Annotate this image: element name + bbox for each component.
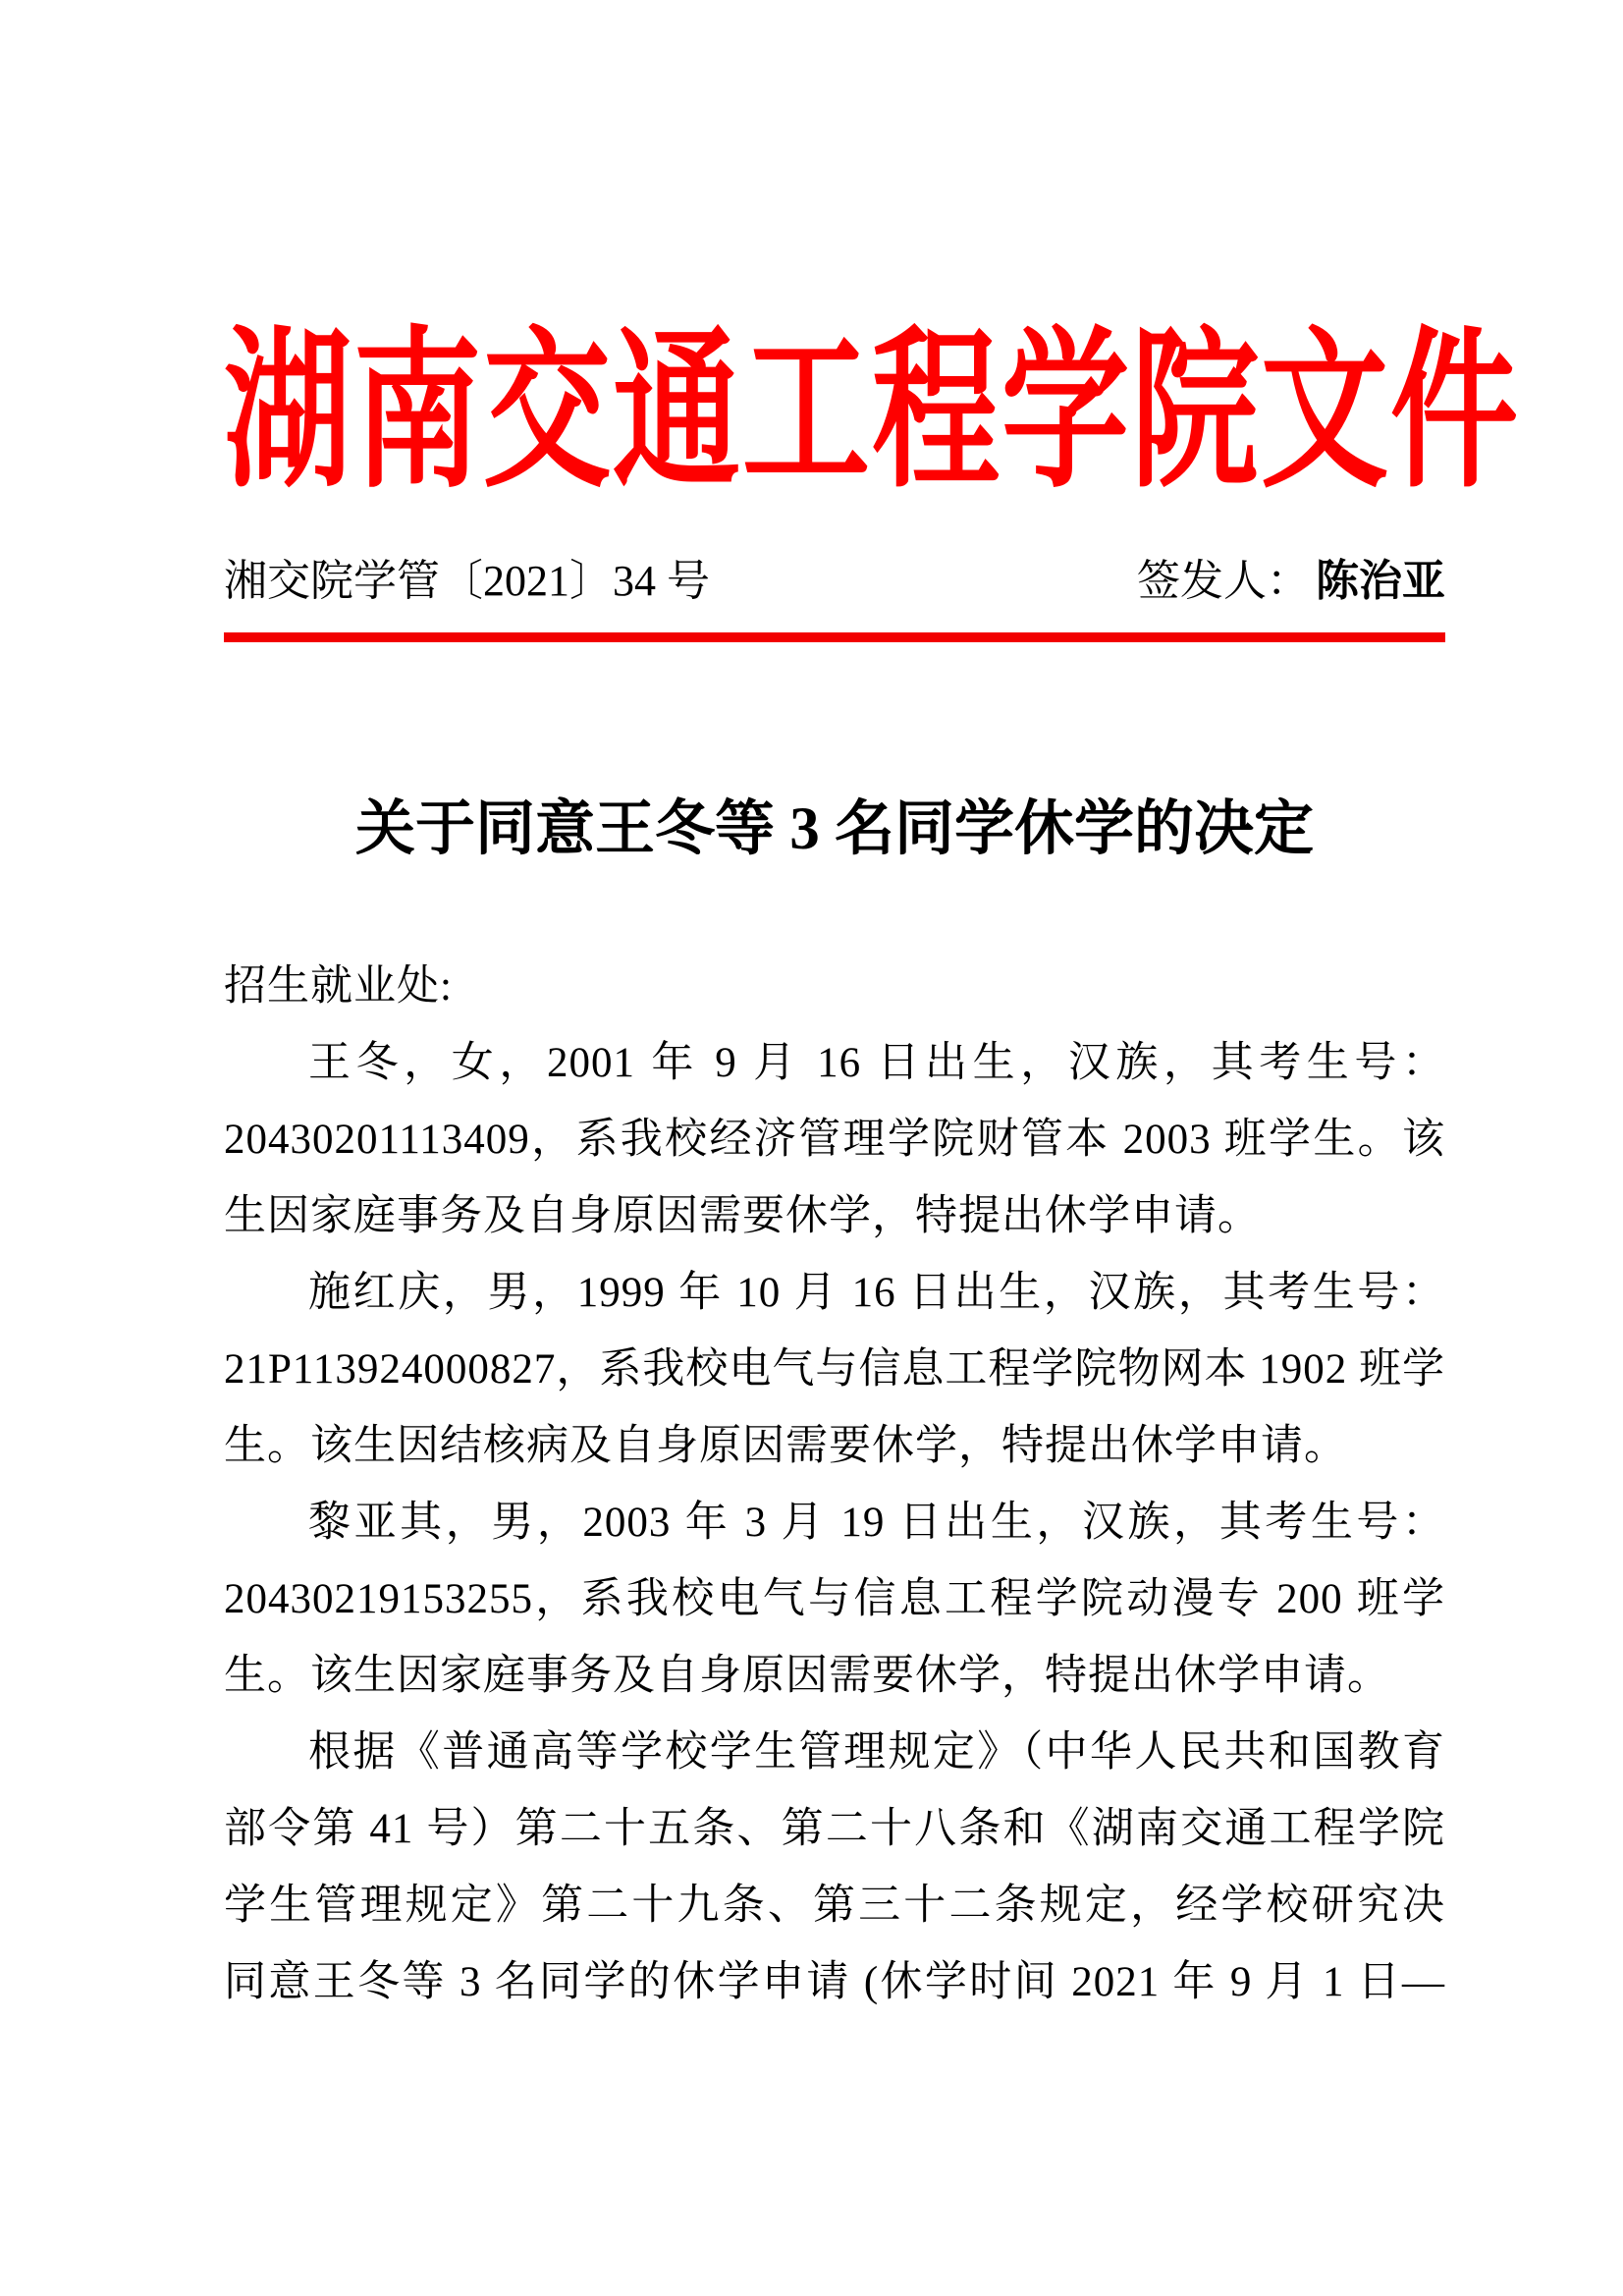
official-document-page: 湖南交通工程学院文件 湘交院学管〔2021〕34 号 签发人：陈治亚 关于同意王…: [0, 0, 1623, 2296]
body-line: 20430201113409，系我校经济管理学院财管本 2003 班学生。该: [224, 1102, 1445, 1178]
body-line: 施红庆，男，1999 年 10 月 16 日出生，汉族，其考生号：: [224, 1255, 1445, 1332]
body-line: 部令第 41 号）第二十五条、第二十八条和《湖南交通工程学院: [224, 1791, 1445, 1868]
decision-title: 关于同意王冬等 3 名同学休学的决定: [224, 788, 1445, 872]
doc-number: 湘交院学管〔2021〕34 号: [224, 556, 710, 607]
body-line: 王冬，女，2001 年 9 月 16 日出生，汉族，其考生号：: [224, 1025, 1445, 1102]
doc-meta-row: 湘交院学管〔2021〕34 号 签发人：陈治亚: [224, 556, 1445, 607]
letterhead-org-title: 湖南交通工程学院文件: [224, 326, 1445, 501]
body-line: 根据《普通高等学校学生管理规定》（中华人民共和国教育: [224, 1715, 1445, 1791]
red-divider-rule: [224, 632, 1445, 642]
issuer-name: 陈治亚: [1316, 557, 1445, 605]
body-line: 学生管理规定》第二十九条、第三十二条规定，经学校研究决定，: [224, 1868, 1445, 1944]
body-line: 生。该生因结核病及自身原因需要休学，特提出休学申请。: [224, 1408, 1445, 1485]
body-line: 20430219153255，系我校电气与信息工程学院动漫专 200 班学: [224, 1561, 1445, 1638]
body-line: 同意王冬等 3 名同学的休学申请 (休学时间 2021 年 9 月 1 日—: [224, 1944, 1445, 2021]
document-body: 招生就业处: 王冬，女，2001 年 9 月 16 日出生，汉族，其考生号： 2…: [224, 949, 1445, 2021]
issuer: 签发人：陈治亚: [1137, 556, 1445, 607]
body-line: 21P113924000827，系我校电气与信息工程学院物网本 1902 班学: [224, 1332, 1445, 1408]
body-line: 黎亚其，男，2003 年 3 月 19 日出生，汉族，其考生号：: [224, 1485, 1445, 1561]
body-line: 生因家庭事务及自身原因需要休学，特提出休学申请。: [224, 1178, 1445, 1255]
issuer-label: 签发人：: [1137, 557, 1310, 605]
body-line-salutation: 招生就业处:: [224, 949, 1445, 1025]
body-line: 生。该生因家庭事务及自身原因需要休学，特提出休学申请。: [224, 1638, 1445, 1715]
